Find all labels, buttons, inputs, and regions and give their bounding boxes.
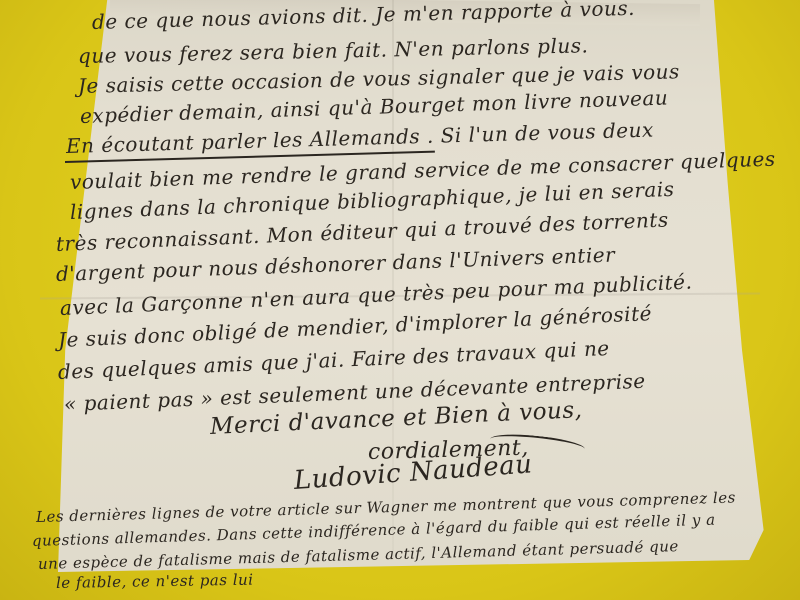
postscript-line-4: le faible, ce n'est pas lui (56, 571, 254, 592)
